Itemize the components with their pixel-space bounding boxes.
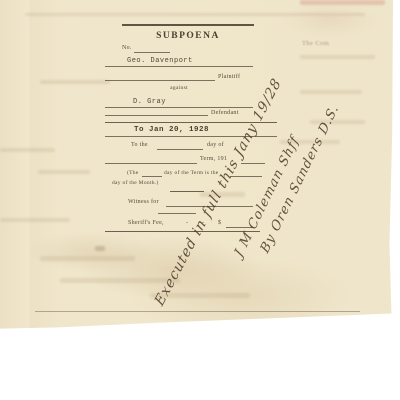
term-blank-line [105, 163, 197, 164]
plaintiff-name: Geo. Davenport [127, 57, 193, 65]
case-number-line [134, 52, 170, 53]
plaintiff-label-line [105, 80, 215, 81]
term-label: Term, 191 [200, 156, 227, 162]
bleedthrough-smudge [0, 148, 55, 152]
plaintiff-name-line [105, 66, 253, 67]
dollar-sign: $ [218, 220, 221, 226]
bleedthrough-smudge [25, 13, 365, 16]
paper-sheet: The Com SUBPOENA No. Geo. Davenport Plai… [0, 0, 393, 330]
plaintiff-label: Plaintiff [218, 74, 240, 80]
year-blank-line [241, 163, 265, 164]
day-of-label: day of [207, 142, 224, 148]
mid-separator-line [158, 213, 196, 214]
defendant-name: D. Gray [133, 98, 166, 106]
term-note-open: (The [127, 170, 139, 176]
return-date: To Jan 20, 1928 [134, 126, 209, 134]
bleedthrough-smudge [40, 256, 135, 261]
note-blank-line-1 [142, 176, 162, 177]
bleedthrough-smudge [0, 218, 70, 222]
form-title: SUBPOENA [122, 31, 254, 41]
pencil-mark [95, 246, 105, 251]
scanned-subpoena-page: { "paper": { "color": "#efe5ca", "ink_co… [0, 0, 400, 400]
bleedthrough-smudge [40, 80, 110, 84]
bleedthrough-smudge [300, 55, 375, 59]
sheriff-fee-label: Sheriff's Fee, [128, 220, 164, 226]
term-note-mid: day of the Term is the [164, 170, 219, 176]
case-number-label: No. [122, 45, 132, 51]
to-the-label: To the [131, 142, 148, 148]
bleedthrough-text: The Com [302, 40, 329, 47]
bottom-section-rule [105, 231, 260, 232]
witness-label: Witness for [128, 199, 159, 205]
against-label: against [105, 85, 253, 91]
defendant-label-line [105, 115, 208, 116]
bleedthrough-smudge [38, 170, 90, 174]
bleedthrough-smudge [300, 0, 385, 5]
day-blank-line [157, 149, 203, 150]
bleedthrough-smudge [300, 90, 362, 94]
defendant-label: Defendant [211, 110, 239, 116]
defendant-name-line [105, 107, 253, 108]
fee-dash-1: - [186, 220, 188, 226]
term-note-close: day of the Month.) [112, 180, 159, 186]
header-rule [122, 24, 254, 26]
separator-rule [170, 191, 204, 192]
footer-rule [35, 311, 360, 312]
